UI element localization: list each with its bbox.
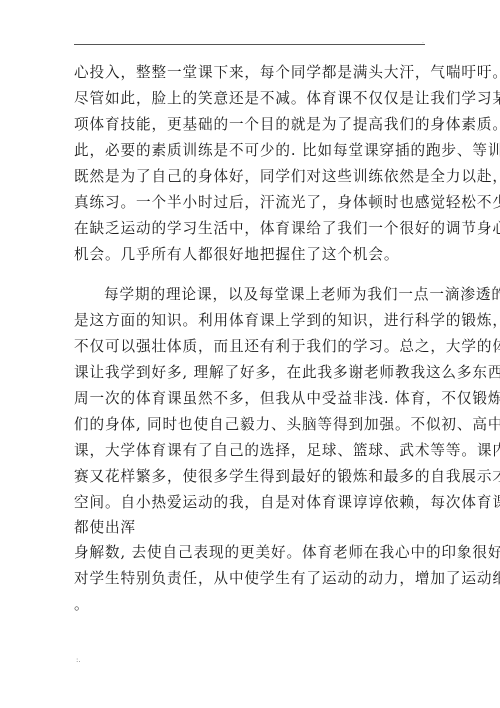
text-line: 此，必要的素质训练是不可少的. 比如每堂课穿插的跑步、等训练。 bbox=[74, 138, 434, 164]
text-line: 对学生特别负责任，从中使学生有了运动的动力，增加了运动细胞 bbox=[74, 566, 434, 592]
footer-mark: :. bbox=[76, 656, 81, 664]
text-line: 在缺乏运动的学习生活中，体育课给了我们一个很好的调节身心的 bbox=[74, 216, 434, 242]
text-line: 空间。自小热爱运动的我，自是对体育课谆谆依赖，每次体育课我 bbox=[74, 490, 434, 516]
text-line: 。 bbox=[74, 592, 434, 618]
text-line: 尽管如此，脸上的笑意还是不减。体育课不仅仅是让我们学习某几 bbox=[74, 86, 434, 112]
document-page: . 心投入，整整一堂课下来，每个同学都是满头大汗，气喘吁吁。但 尽管如此，脸上的… bbox=[0, 0, 500, 708]
text-line: 周一次的体育课虽然不多，但我从中受益非浅. 体育，不仅锻炼了我 bbox=[74, 386, 434, 412]
text-line: 不仅可以强壮体质，而且还有利于我们的学习。总之，大学的体育 bbox=[74, 334, 434, 360]
text-line: 真练习。一个半小时过后，汗流光了，身体顿时也感觉轻松不少！ bbox=[74, 190, 434, 216]
text-line: 项体育技能，更基础的一个目的就是为了提高我们的身体素质。因 bbox=[74, 112, 434, 138]
text-line: 们的身体, 同时也使自己毅力、头脑等得到加强。不似初、高中体育 bbox=[74, 412, 434, 438]
text-line: 赛又花样繁多，使很多学生得到最好的锻炼和最多的自我展示才华 bbox=[74, 464, 434, 490]
text-line: 心投入，整整一堂课下来，每个同学都是满头大汗，气喘吁吁。但 bbox=[74, 60, 434, 86]
text-line: 课让我学到好多, 理解了好多，在此我多谢老师教我这么多东西。一 bbox=[74, 360, 434, 386]
header-rule bbox=[74, 44, 425, 45]
text-line: 都使出浑 bbox=[74, 516, 434, 540]
text-line: 是这方面的知识。利用体育课上学到的知识，进行科学的锻炼， bbox=[74, 308, 434, 334]
document-body: 心投入，整整一堂课下来，每个同学都是满头大汗，气喘吁吁。但 尽管如此，脸上的笑意… bbox=[74, 60, 434, 618]
text-line: 每学期的理论课，以及每堂课上老师为我们一点一滴渗透的, 都 bbox=[74, 282, 434, 308]
paragraph-2: 每学期的理论课，以及每堂课上老师为我们一点一滴渗透的, 都 是这方面的知识。利用… bbox=[74, 282, 434, 618]
text-line: 机会。几乎所有人都很好地把握住了这个机会。 bbox=[74, 242, 434, 268]
text-line: 身解数, 去使自己表现的更美好。体育老师在我心中的印象很好，他 bbox=[74, 540, 434, 566]
header-mark: . bbox=[422, 38, 424, 45]
text-line: 既然是为了自己的身体好，同学们对这些训练依然是全力以赴，认 bbox=[74, 164, 434, 190]
text-line: 课，大学体育课有了自己的选择，足球、篮球、武术等等。课内比 bbox=[74, 438, 434, 464]
paragraph-1: 心投入，整整一堂课下来，每个同学都是满头大汗，气喘吁吁。但 尽管如此，脸上的笑意… bbox=[74, 60, 434, 268]
